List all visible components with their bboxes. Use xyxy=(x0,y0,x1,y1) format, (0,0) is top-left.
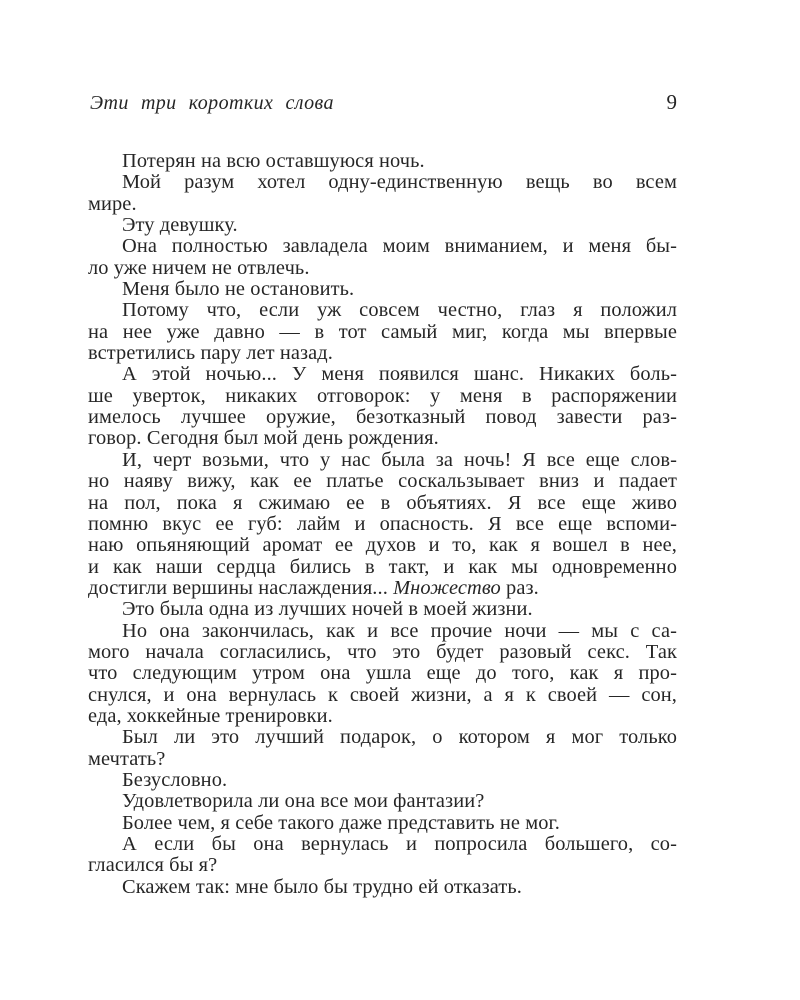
text-line: Она полностью завладела моим вниманием, … xyxy=(88,236,677,257)
text-line: ло уже ничем не отвлечь. xyxy=(88,258,677,279)
text-line: Безусловно. xyxy=(88,770,677,791)
running-header: Эти три коротких слова 9 xyxy=(90,90,677,115)
running-title: Эти три коротких слова xyxy=(90,92,334,115)
text-line: достигли вершины наслаждения... Множеств… xyxy=(88,578,677,599)
text-line: Это была одна из лучших ночей в моей жиз… xyxy=(88,599,677,620)
text-line: на пол, пока я сжимаю ее в объятиях. Я в… xyxy=(88,493,677,514)
book-page: Эти три коротких слова 9 Потерян на всю … xyxy=(0,0,800,1000)
text-line: встретились пару лет назад. xyxy=(88,343,677,364)
text-line: еда, хоккейные тренировки. xyxy=(88,706,677,727)
text-line: снулся, и она вернулась к своей жизни, а… xyxy=(88,685,677,706)
text-line: мечтать? xyxy=(88,749,677,770)
text-line: Но она закончилась, как и все прочие ноч… xyxy=(88,621,677,642)
text-line: А этой ночью... У меня появился шанс. Ни… xyxy=(88,364,677,385)
text-line: говор. Сегодня был мой день рождения. xyxy=(88,428,677,449)
text-line: Более чем, я себе такого даже представит… xyxy=(88,813,677,834)
text-line: и как наши сердца бились в такт, и как м… xyxy=(88,557,677,578)
text-line: имелось лучшее оружие, безотказный повод… xyxy=(88,407,677,428)
text-line: А если бы она вернулась и попросила боль… xyxy=(88,834,677,855)
text-line: Скажем так: мне было бы трудно ей отказа… xyxy=(88,877,677,898)
page-body: Потерян на всю оставшуюся ночь.Мой разум… xyxy=(88,151,677,898)
text-line: мире. xyxy=(88,194,677,215)
text-line: наю опьяняющий аромат ее духов и то, как… xyxy=(88,535,677,556)
text-line: на нее уже давно — в тот самый миг, когд… xyxy=(88,322,677,343)
text-line: Мой разум хотел одну-единственную вещь в… xyxy=(88,172,677,193)
text-line: но наяву вижу, как ее платье соскальзыва… xyxy=(88,471,677,492)
text-line: помню вкус ее губ: лайм и опасность. Я в… xyxy=(88,514,677,535)
text-line: Был ли это лучший подарок, о котором я м… xyxy=(88,727,677,748)
text-line: Потерян на всю оставшуюся ночь. xyxy=(88,151,677,172)
text-line: Удовлетворила ли она все мои фантазии? xyxy=(88,791,677,812)
page-number: 9 xyxy=(667,90,678,115)
text-line: гласился бы я? xyxy=(88,855,677,876)
text-line: Эту девушку. xyxy=(88,215,677,236)
text-line: мого начала согласились, что это будет р… xyxy=(88,642,677,663)
text-line: Потому что, если уж совсем честно, глаз … xyxy=(88,300,677,321)
text-line: что следующим утром она ушла еще до того… xyxy=(88,663,677,684)
text-line: ше уверток, никаких отговорок: у меня в … xyxy=(88,386,677,407)
text-line: И, черт возьми, что у нас была за ночь! … xyxy=(88,450,677,471)
text-line: Меня было не остановить. xyxy=(88,279,677,300)
